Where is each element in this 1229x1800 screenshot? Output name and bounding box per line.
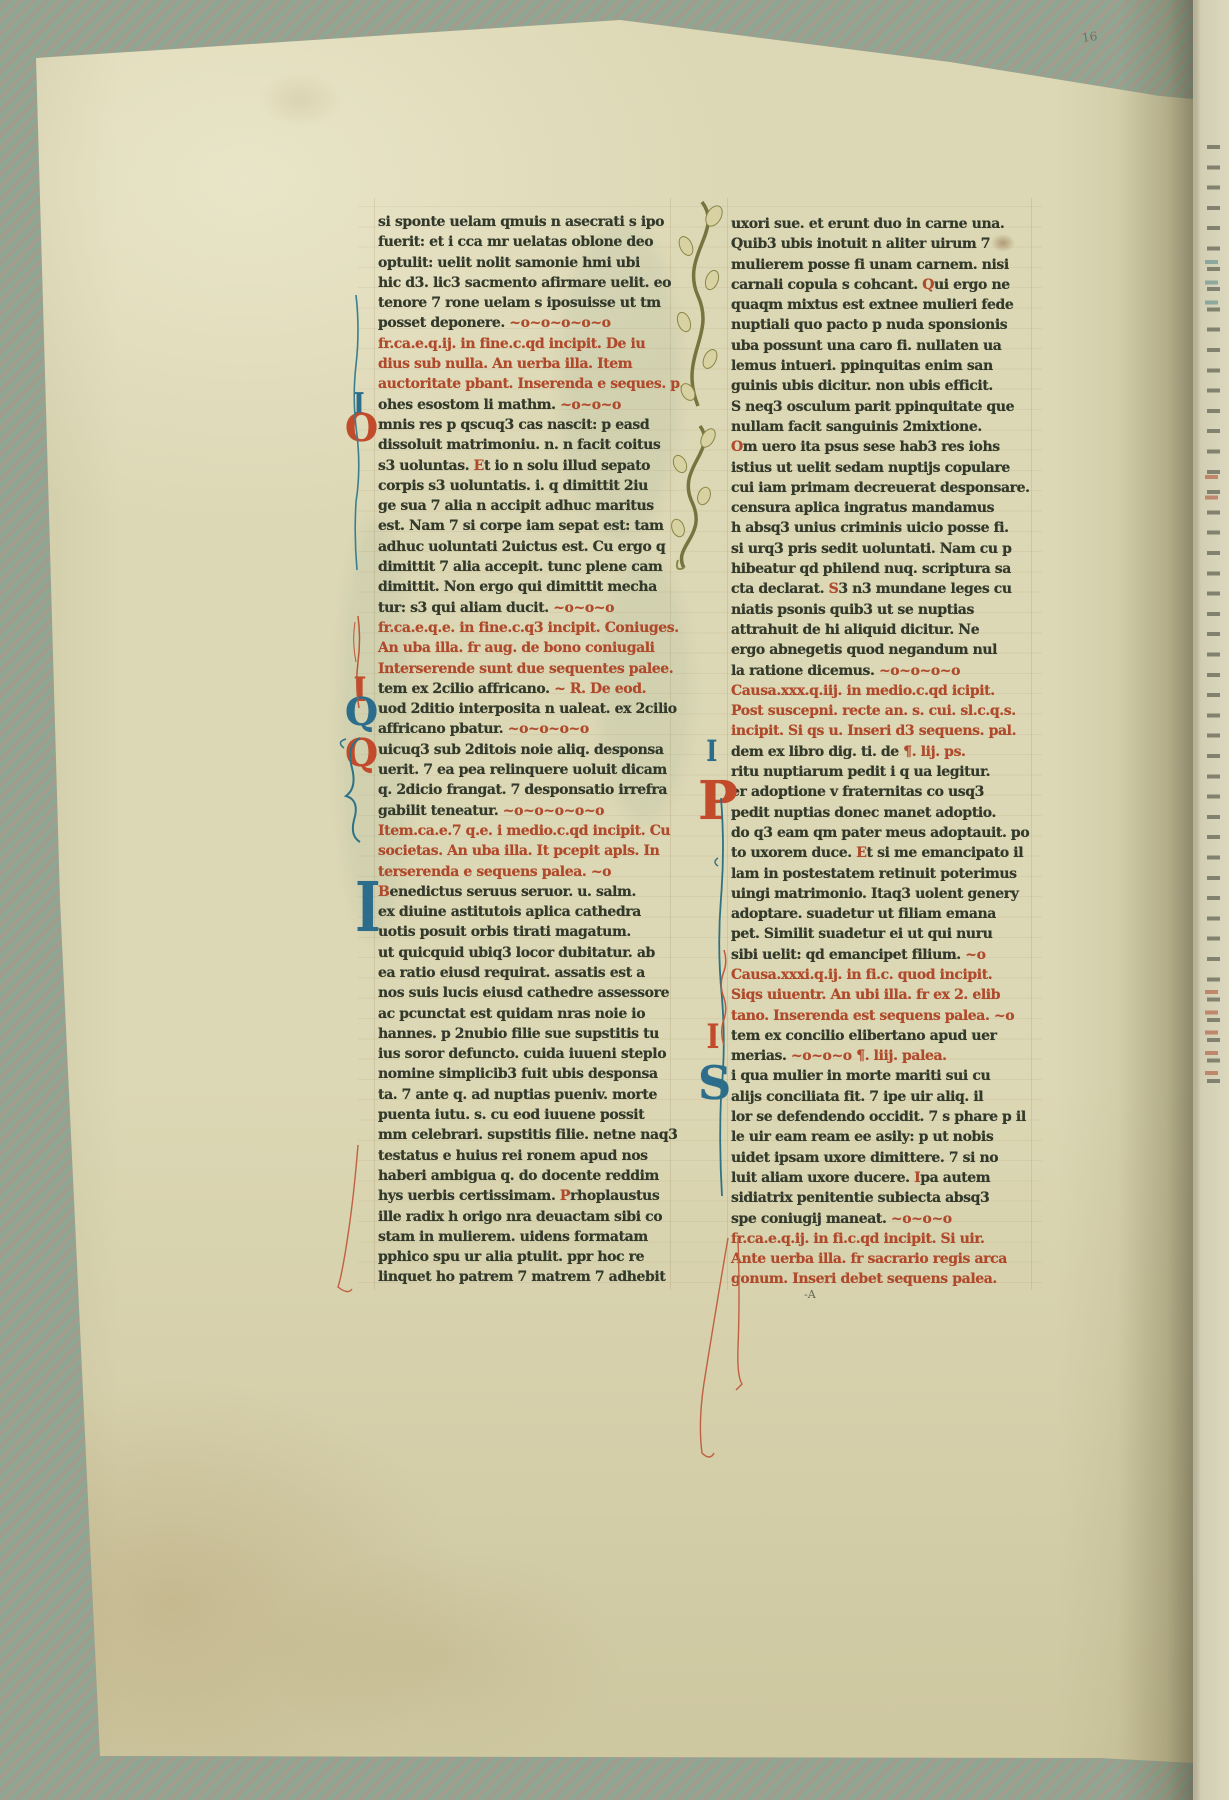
body-text: nullam facit sanguinis 2mixtione.: [731, 419, 982, 435]
body-text: hic d3. lic3 sacmento afirmare uelit. eo: [378, 275, 671, 291]
manuscript-line: fr.ca.e.q.e. in fine.c.q3 incipit. Coniu…: [378, 618, 678, 638]
rubric-text: Siqs uiuentr. An ubi illa. fr ex 2. elib: [731, 987, 1000, 1003]
gutter-penwork-red-descender: [698, 1238, 758, 1478]
manuscript-line: societas. An uba illa. It pcepit apls. I…: [378, 841, 678, 861]
manuscript-line: incipit. Si qs u. Inseri d3 sequens. pal…: [731, 721, 1031, 741]
body-text: alijs conciliata fit. 7 ipe uir aliq. il: [731, 1089, 983, 1105]
manuscript-line: do q3 eam qm pater meus adoptauit. po: [731, 823, 1031, 843]
manuscript-line: mm celebrari. supstitis filie. netne naq…: [378, 1125, 678, 1145]
body-text: pphico spu ur alia ptulit. ppr hoc re: [378, 1249, 644, 1265]
rubric-text: ~o: [965, 947, 985, 963]
body-text: uidet ipsam uxore dimittere. 7 si no: [731, 1150, 998, 1166]
body-text: 3 n3 mundane leges cu: [838, 581, 1011, 597]
column-guide-line: [1031, 198, 1032, 1290]
body-text: sibi uelit: qd emancipet filium.: [731, 947, 965, 963]
rubric-text: fr.ca.e.q.ij. in fine.c.qd incipit. De i…: [378, 336, 645, 352]
rubric-text: E: [856, 845, 866, 861]
body-text: Quib3 ubis inotuit n aliter uirum 7: [731, 236, 990, 252]
manuscript-line: ta. 7 ante q. ad nuptias pueniv. morte: [378, 1085, 678, 1105]
gutter-penwork-red: [718, 950, 730, 1045]
manuscript-line: hannes. p 2nubio filie sue supstitis tu: [378, 1024, 678, 1044]
manuscript-line: uotis posuit orbis tirati magatum.: [378, 922, 678, 942]
body-text: niatis psonis quib3 ut se nuptias: [731, 602, 974, 618]
body-text: testatus e huius rei ronem apud nos: [378, 1148, 648, 1164]
manuscript-line: tem ex concilio elibertano apud uer: [731, 1026, 1031, 1046]
rubric-text: Q: [922, 277, 934, 293]
rubric-text: tano. Inserenda est sequens palea. ~o: [731, 1008, 1014, 1024]
body-text: ea ratio eiusd requirat. assatis est a: [378, 965, 645, 981]
manuscript-line: dimittit 7 alia accepit. tunc plene cam: [378, 557, 678, 577]
manuscript-line: le uir eam ream ee asily: p ut nobis: [731, 1127, 1031, 1147]
body-text: stam in mulierem. uidens formatam: [378, 1229, 648, 1245]
manuscript-line: s3 uoluntas. Et io n solu illud sepato: [378, 456, 678, 476]
body-text: luit aliam uxore ducere.: [731, 1170, 914, 1186]
body-text: m uero ita psus sese hab3 res iohs: [743, 439, 1000, 455]
rubric-text: Causa.xxx.q.iij. in medio.c.qd icipit.: [731, 683, 995, 699]
manuscript-line: uod 2ditio interposita n ualeat. ex 2cil…: [378, 699, 678, 719]
body-text: affricano pbatur.: [378, 721, 508, 737]
manuscript-line: ohes esostom li mathm. ~o~o~o: [378, 395, 678, 415]
body-text: mnis res p qscuq3 cas nascit: p easd: [378, 417, 649, 433]
manuscript-line: ius soror defuncto. cuida iuueni steplo: [378, 1044, 678, 1064]
body-text: posset deponere.: [378, 315, 509, 331]
rubric-text: An uba illa. fr aug. de bono coniugali: [378, 640, 655, 656]
manuscript-line: i qua mulier in morte mariti sui cu: [731, 1066, 1031, 1086]
manuscript-line: Quib3 ubis inotuit n aliter uirum 7: [731, 234, 1031, 254]
next-folio-red-marks: [1205, 985, 1218, 1080]
manuscript-line: q. 2dicio frangat. 7 desponsatio irrefra: [378, 780, 678, 800]
next-folio-red-marks: [1205, 470, 1218, 512]
body-text: fuerit: et i cca mr uelatas oblone deo: [378, 234, 653, 250]
manuscript-line: la ratione dicemus. ~o~o~o~o: [731, 661, 1031, 681]
manuscript-line: linquet ho patrem 7 matrem 7 adhebit: [378, 1267, 678, 1287]
manuscript-line: istius ut uelit sedam nuptijs copulare: [731, 458, 1031, 478]
manuscript-line: luit aliam uxore ducere. Ipa autem: [731, 1168, 1031, 1188]
body-text: haberi ambigua q. do docente reddim: [378, 1168, 659, 1184]
manuscript-line: censura aplica ingratus mandamus: [731, 498, 1031, 518]
manuscript-line: attrahuit de hi aliquid dicitur. Ne: [731, 620, 1031, 640]
body-text: hibeatur qd philend nuq. scriptura sa: [731, 561, 1011, 577]
body-text: ille radix h origo nra deuactam sibi co: [378, 1209, 662, 1225]
rubric-text: auctoritate pbant. Inserenda e seques. p…: [378, 376, 684, 392]
manuscript-line: Om uero ita psus sese hab3 res iohs: [731, 437, 1031, 457]
manuscript-line: fr.ca.e.q.ij. in fi.c.qd incipit. Si uir…: [731, 1229, 1031, 1249]
body-text: cui iam primam decreuerat desponsare.: [731, 480, 1030, 496]
body-text: le uir eam ream ee asily: p ut nobis: [731, 1129, 993, 1145]
body-text: uotis posuit orbis tirati magatum.: [378, 924, 631, 940]
body-text: adoptare. suadetur ut filiam emana: [731, 906, 996, 922]
body-text: s3 uoluntas.: [378, 458, 474, 474]
manuscript-line: mulierem posse fi unam carnem. nisi: [731, 255, 1031, 275]
body-text: spe coniugij maneat.: [731, 1211, 891, 1227]
folio-mark: 16: [1081, 29, 1098, 45]
manuscript-line: tem ex 2cilio affricano. ~ R. De eod.: [378, 679, 678, 699]
body-text: hys uerbis certissimam.: [378, 1188, 560, 1204]
body-text: nos suis lucis eiusd cathedre assessore: [378, 985, 669, 1001]
body-text: pa autem: [920, 1170, 990, 1186]
rubric-text: ~ R. De eod.: [554, 681, 646, 697]
rubric-text: O: [731, 439, 743, 455]
rubric-text: Post suscepni. recte an. s. cui. sl.c.q.…: [731, 703, 1016, 719]
body-text: attrahuit de hi aliquid dicitur. Ne: [731, 622, 979, 638]
manuscript-line: est. Nam 7 si corpe iam sepat est: tam: [378, 516, 678, 536]
body-text: uerit. 7 ea pea relinquere uoluit dicam: [378, 762, 667, 778]
manuscript-line: terserenda e sequens palea. ~o: [378, 862, 678, 882]
manuscript-line: Benedictus seruus seruor. u. salm.: [378, 882, 678, 902]
body-text: ui ergo ne: [934, 277, 1010, 293]
rubric-text: S: [829, 581, 839, 597]
body-text: ritu nuptiarum pedit i q ua legitur.: [731, 764, 990, 780]
manuscript-line: Interserende sunt due sequentes palee.: [378, 659, 678, 679]
manuscript-line: er adoptione v fraternitas co usq3: [731, 782, 1031, 802]
body-text: ohes esostom li mathm.: [378, 397, 560, 413]
manuscript-line: dem ex libro dig. ti. de ¶. lij. ps.: [731, 742, 1031, 762]
rubric-text: ~o~o~o ¶. liij. palea.: [791, 1048, 947, 1064]
body-text: uingi matrimonio. Itaq3 uolent genery: [731, 886, 1018, 902]
body-text: adhuc uoluntati 2uictus est. Cu ergo q: [378, 539, 665, 555]
illuminated-initial-I: I: [706, 738, 717, 764]
rubric-text: incipit. Si qs u. Inseri d3 sequens. pal…: [731, 723, 1016, 739]
foliate-flourish-icon: [668, 194, 732, 414]
manuscript-line: uba possunt una caro fi. nullaten ua: [731, 336, 1031, 356]
manuscript-line: fr.ca.e.q.ij. in fine.c.qd incipit. De i…: [378, 334, 678, 354]
foliate-flourish-icon: [664, 420, 724, 575]
gutter-fold-shadow: [1118, 0, 1193, 1800]
manuscript-line: Causa.xxxi.q.ij. in fi.c. quod incipit.: [731, 965, 1031, 985]
rubric-text: ~o~o~o: [560, 397, 621, 413]
manuscript-line: nos suis lucis eiusd cathedre assessore: [378, 983, 678, 1003]
manuscript-line: sibi uelit: qd emancipet filium. ~o: [731, 945, 1031, 965]
body-text: sidiatrix penitentie subiecta absq3: [731, 1190, 989, 1206]
rubric-text: E: [474, 458, 484, 474]
manuscript-line: An uba illa. fr aug. de bono coniugali: [378, 638, 678, 658]
manuscript-line: fuerit: et i cca mr uelatas oblone deo: [378, 232, 678, 252]
manuscript-line: hibeatur qd philend nuq. scriptura sa: [731, 559, 1031, 579]
body-text: tur: s3 qui aliam ducit.: [378, 600, 553, 616]
manuscript-line: puenta iutu. s. cu eod iuuene possit: [378, 1105, 678, 1125]
body-text: pet. Similit suadetur ei ut qui nuru: [731, 926, 992, 942]
manuscript-line: haberi ambigua q. do docente reddim: [378, 1166, 678, 1186]
body-text: merias.: [731, 1048, 791, 1064]
manuscript-line: posset deponere. ~o~o~o~o~o: [378, 313, 678, 333]
body-text: censura aplica ingratus mandamus: [731, 500, 994, 516]
manuscript-line: testatus e huius rei ronem apud nos: [378, 1146, 678, 1166]
manuscript-line: ille radix h origo nra deuactam sibi co: [378, 1207, 678, 1227]
manuscript-line: optulit: uelit nolit samonie hmi ubi: [378, 253, 678, 273]
manuscript-line: mnis res p qscuq3 cas nascit: p easd: [378, 415, 678, 435]
body-text: t io n solu illud sepato: [484, 458, 650, 474]
manuscript-line: ea ratio eiusd requirat. assatis est a: [378, 963, 678, 983]
manuscript-line: gabilit teneatur. ~o~o~o~o~o: [378, 801, 678, 821]
rubric-text: ~o~o~o~o: [879, 663, 960, 679]
manuscript-line: dissoluit matrimoniu. n. n facit coitus: [378, 435, 678, 455]
manuscript-line: guinis ubis dicitur. non ubis efficit.: [731, 376, 1031, 396]
manuscript-line: ut quicquid ubiq3 locor dubitatur. ab: [378, 943, 678, 963]
manuscript-line: corpis s3 uoluntatis. i. q dimittit 2iu: [378, 476, 678, 496]
manuscript-line: tur: s3 qui aliam ducit. ~o~o~o: [378, 598, 678, 618]
manuscript-line: lemus intueri. ppinquitas enim san: [731, 356, 1031, 376]
manuscript-line: Item.ca.e.7 q.e. i medio.c.qd incipit. C…: [378, 821, 678, 841]
body-text: ergo abnegetis quod negandum nul: [731, 642, 997, 658]
body-text: optulit: uelit nolit samonie hmi ubi: [378, 255, 640, 271]
manuscript-line: Post suscepni. recte an. s. cui. sl.c.q.…: [731, 701, 1031, 721]
manuscript-line: to uxorem duce. Et si me emancipato il: [731, 843, 1031, 863]
body-text: nuptiali quo pacto p nuda sponsionis: [731, 317, 1007, 333]
manuscript-line: Siqs uiuentr. An ubi illa. fr ex 2. elib: [731, 985, 1031, 1005]
rubric-text: ~o~o~o~o~o: [503, 803, 604, 819]
manuscript-line: uidet ipsam uxore dimittere. 7 si no: [731, 1148, 1031, 1168]
manuscript-line: affricano pbatur. ~o~o~o~o: [378, 719, 678, 739]
manuscript-line: ritu nuptiarum pedit i q ua legitur.: [731, 762, 1031, 782]
body-text: guinis ubis dicitur. non ubis efficit.: [731, 378, 993, 394]
body-text: uicuq3 sub 2ditois noie aliq. desponsa: [378, 742, 664, 758]
rubric-text: gonum. Inseri debet sequens palea.: [731, 1271, 997, 1287]
body-text: enedictus seruus seruor. u. salm.: [389, 884, 636, 900]
body-text: est. Nam 7 si corpe iam sepat est: tam: [378, 518, 664, 534]
manuscript-line: nuptiali quo pacto p nuda sponsionis: [731, 315, 1031, 335]
body-text: istius ut uelit sedam nuptijs copulare: [731, 460, 1010, 476]
manuscript-line: niatis psonis quib3 ut se nuptias: [731, 600, 1031, 620]
rubric-text: societas. An uba illa. It pcepit apls. I…: [378, 843, 659, 859]
rubric-text: P: [560, 1188, 570, 1204]
manuscript-line: ge sua 7 alia n accipit adhuc maritus: [378, 496, 678, 516]
rubric-text: Causa.xxxi.q.ij. in fi.c. quod incipit.: [731, 967, 992, 983]
manuscript-line: tano. Inserenda est sequens palea. ~o: [731, 1006, 1031, 1026]
manuscript-line: cta declarat. S3 n3 mundane leges cu: [731, 579, 1031, 599]
body-text: uba possunt una caro fi. nullaten ua: [731, 338, 1001, 354]
next-folio-edge: [1193, 0, 1229, 1800]
body-text: nomine simplicib3 fuit ubis desponsa: [378, 1066, 658, 1082]
rubric-text: ~o~o~o~o: [508, 721, 589, 737]
body-text: q. 2dicio frangat. 7 desponsatio irrefra: [378, 782, 667, 798]
manuscript-photo: si sponte uelam qmuis n asecrati s ipofu…: [0, 0, 1229, 1800]
body-text: dimittit. Non ergo qui dimittit mecha: [378, 579, 657, 595]
body-text: er adoptione v fraternitas co usq3: [731, 784, 984, 800]
manuscript-line: lam in postestatem retinuit poterimus: [731, 864, 1031, 884]
body-text: dimittit 7 alia accepit. tunc plene cam: [378, 559, 662, 575]
manuscript-line: pphico spu ur alia ptulit. ppr hoc re: [378, 1247, 678, 1267]
manuscript-line: dimittit. Non ergo qui dimittit mecha: [378, 577, 678, 597]
rubric-text: ~o~o~o: [891, 1211, 952, 1227]
manuscript-line: adoptare. suadetur ut filiam emana: [731, 904, 1031, 924]
manuscript-line: S neq3 osculum parit ppinquitate que: [731, 397, 1031, 417]
manuscript-line: hic d3. lic3 sacmento afirmare uelit. eo: [378, 273, 678, 293]
manuscript-line: pet. Similit suadetur ei ut qui nuru: [731, 924, 1031, 944]
manuscript-line: gonum. Inseri debet sequens palea.: [731, 1269, 1031, 1289]
manuscript-line: cui iam primam decreuerat desponsare.: [731, 478, 1031, 498]
body-text: ut quicquid ubiq3 locor dubitatur. ab: [378, 945, 655, 961]
rubric-text: fr.ca.e.q.ij. in fi.c.qd incipit. Si uir…: [731, 1231, 985, 1247]
body-text: to uxorem duce.: [731, 845, 856, 861]
manuscript-line: uerit. 7 ea pea relinquere uoluit dicam: [378, 760, 678, 780]
body-text: i qua mulier in morte mariti sui cu: [731, 1068, 990, 1084]
right-text-column: uxori sue. et erunt duo in carne una.Qui…: [731, 214, 1031, 1290]
body-text: uod 2ditio interposita n ualeat. ex 2cil…: [378, 701, 677, 717]
manuscript-line: stam in mulierem. uidens formatam: [378, 1227, 678, 1247]
manuscript-line: Causa.xxx.q.iij. in medio.c.qd icipit.: [731, 681, 1031, 701]
rubric-text: ~o~o~o: [553, 600, 614, 616]
body-text: ta. 7 ante q. ad nuptias pueniv. morte: [378, 1087, 657, 1103]
body-text: cta declarat.: [731, 581, 829, 597]
manuscript-line: ex diuine astitutois aplica cathedra: [378, 902, 678, 922]
manuscript-line: uingi matrimonio. Itaq3 uolent genery: [731, 884, 1031, 904]
body-text: S neq3 osculum parit ppinquitate que: [731, 399, 1014, 415]
manuscript-line: Ante uerba illa. fr sacrario regis arca: [731, 1249, 1031, 1269]
body-text: lor se defendendo occidit. 7 s phare p i…: [731, 1109, 1026, 1125]
body-text: gabilit teneatur.: [378, 803, 503, 819]
manuscript-line: sidiatrix penitentie subiecta absq3: [731, 1188, 1031, 1208]
margin-penwork-blue: [348, 295, 364, 570]
body-text: h absq3 unius criminis uicio posse fi.: [731, 520, 1009, 536]
manuscript-line: uicuq3 sub 2ditois noie aliq. desponsa: [378, 740, 678, 760]
body-text: ac pcunctat est quidam nras noie io: [378, 1006, 645, 1022]
body-text: mulierem posse fi unam carnem. nisi: [731, 257, 1009, 273]
left-text-column: si sponte uelam qmuis n asecrati s ipofu…: [378, 212, 678, 1288]
body-text: ge sua 7 alia n accipit adhuc maritus: [378, 498, 654, 514]
body-text: lam in postestatem retinuit poterimus: [731, 866, 1017, 882]
ink-mark: -A: [804, 1288, 816, 1301]
body-text: t si me emancipato il: [867, 845, 1024, 861]
margin-penwork-red: [352, 616, 364, 708]
body-text: linquet ho patrem 7 matrem 7 adhebit: [378, 1269, 665, 1285]
rubric-text: ~o~o~o~o~o: [509, 315, 610, 331]
body-text: lemus intueri. ppinquitas enim san: [731, 358, 993, 374]
manuscript-line: ac pcunctat est quidam nras noie io: [378, 1004, 678, 1024]
body-text: hannes. p 2nubio filie sue supstitis tu: [378, 1026, 659, 1042]
rubric-text: Ante uerba illa. fr sacrario regis arca: [731, 1251, 1007, 1267]
body-text: ex diuine astitutois aplica cathedra: [378, 904, 641, 920]
rubric-text: fr.ca.e.q.e. in fine.c.q3 incipit. Coniu…: [378, 620, 679, 636]
manuscript-line: auctoritate pbant. Inserenda e seques. p…: [378, 374, 678, 394]
body-text: carnali copula s cohcant.: [731, 277, 922, 293]
body-text: si urq3 pris sedit uoluntati. Nam cu p: [731, 541, 1012, 557]
manuscript-line: ergo abnegetis quod negandum nul: [731, 640, 1031, 660]
rubric-text: Item.ca.e.7 q.e. i medio.c.qd incipit. C…: [378, 823, 670, 839]
manuscript-line: hys uerbis certissimam. Prhoplaustus: [378, 1186, 678, 1206]
body-text: puenta iutu. s. cu eod iuuene possit: [378, 1107, 644, 1123]
body-text: mm celebrari. supstitis filie. netne naq…: [378, 1127, 677, 1143]
manuscript-line: adhuc uoluntati 2uictus est. Cu ergo q: [378, 537, 678, 557]
manuscript-line: spe coniugij maneat. ~o~o~o: [731, 1209, 1031, 1229]
body-text: quaqm mixtus est extnee mulieri fede: [731, 297, 1013, 313]
body-text: uxori sue. et erunt duo in carne una.: [731, 216, 1004, 232]
body-text: la ratione dicemus.: [731, 663, 879, 679]
manuscript-line: dius sub nulla. An uerba illa. Item: [378, 354, 678, 374]
manuscript-line: merias. ~o~o~o ¶. liij. palea.: [731, 1046, 1031, 1066]
body-text: dissoluit matrimoniu. n. n facit coitus: [378, 437, 660, 453]
manuscript-line: si urq3 pris sedit uoluntati. Nam cu p: [731, 539, 1031, 559]
next-folio-blue-marks: [1205, 255, 1218, 317]
manuscript-line: alijs conciliata fit. 7 ipe uir aliq. il: [731, 1087, 1031, 1107]
body-text: corpis s3 uoluntatis. i. q dimittit 2iu: [378, 478, 648, 494]
body-text: tem ex 2cilio affricano.: [378, 681, 554, 697]
manuscript-line: nullam facit sanguinis 2mixtione.: [731, 417, 1031, 437]
manuscript-line: uxori sue. et erunt duo in carne una.: [731, 214, 1031, 234]
rubric-text: dius sub nulla. An uerba illa. Item: [378, 356, 632, 372]
margin-penwork-red: [334, 1145, 364, 1300]
manuscript-line: tenore 7 rone uelam s iposuisse ut tm: [378, 293, 678, 313]
body-text: pedit nuptias donec manet adoptio.: [731, 805, 996, 821]
body-text: rhoplaustus: [570, 1188, 659, 1204]
manuscript-line: h absq3 unius criminis uicio posse fi.: [731, 518, 1031, 538]
rubric-text: terserenda e sequens palea. ~o: [378, 864, 611, 880]
margin-penwork-blue: [338, 738, 368, 843]
body-text: si sponte uelam qmuis n asecrati s ipo: [378, 214, 664, 230]
body-text: dem ex libro dig. ti. de: [731, 744, 903, 760]
manuscript-line: carnali copula s cohcant. Qui ergo ne: [731, 275, 1031, 295]
manuscript-line: quaqm mixtus est extnee mulieri fede: [731, 295, 1031, 315]
body-text: ius soror defuncto. cuida iuueni steplo: [378, 1046, 666, 1062]
rubric-text: ¶. lij. ps.: [903, 744, 965, 760]
manuscript-line: si sponte uelam qmuis n asecrati s ipo: [378, 212, 678, 232]
manuscript-line: lor se defendendo occidit. 7 s phare p i…: [731, 1107, 1031, 1127]
manuscript-line: nomine simplicib3 fuit ubis desponsa: [378, 1064, 678, 1084]
body-text: tenore 7 rone uelam s iposuisse ut tm: [378, 295, 661, 311]
rubric-text: Interserende sunt due sequentes palee.: [378, 661, 673, 677]
body-text: do q3 eam qm pater meus adoptauit. po: [731, 825, 1029, 841]
body-text: tem ex concilio elibertano apud uer: [731, 1028, 997, 1044]
illuminated-initial-I: I: [355, 878, 380, 939]
manuscript-line: pedit nuptias donec manet adoptio.: [731, 803, 1031, 823]
